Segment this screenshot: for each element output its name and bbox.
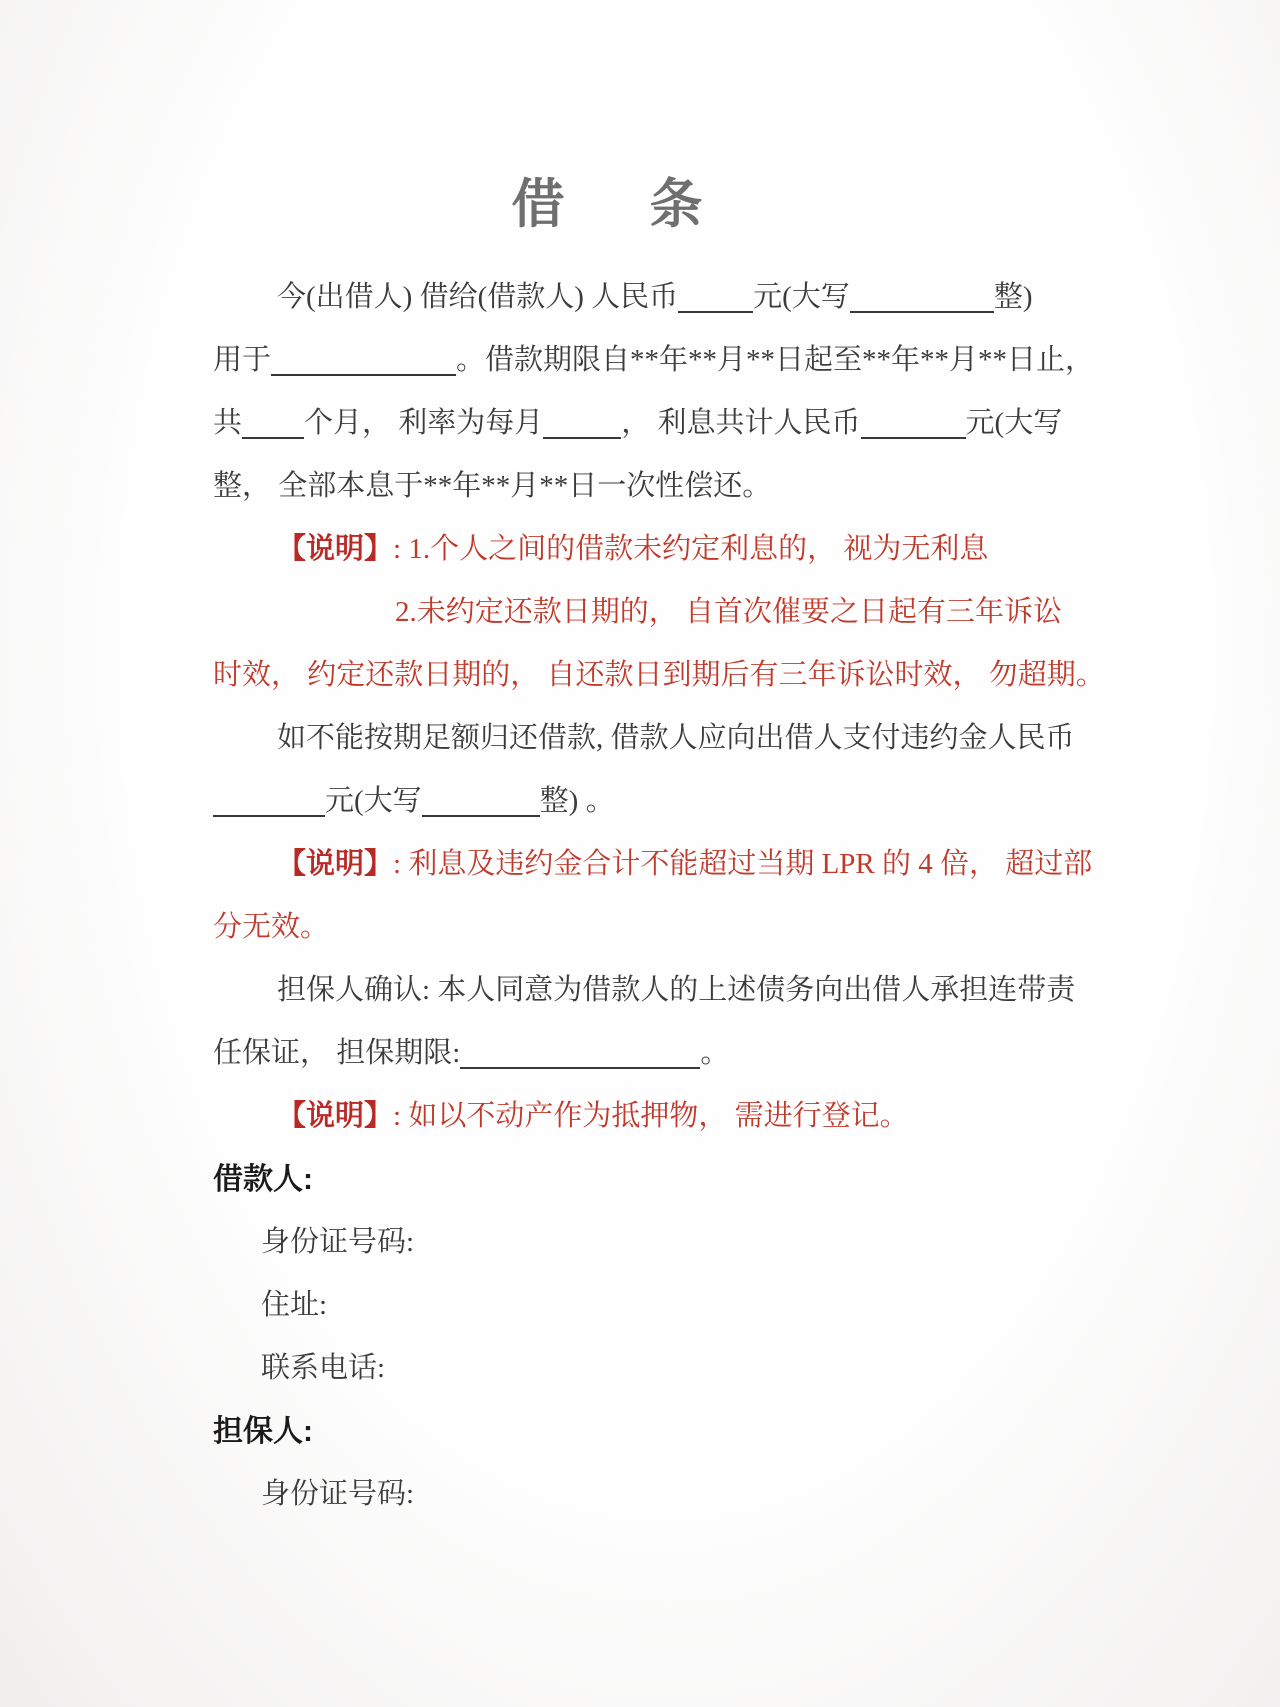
text-segment: 时效， 约定还款日期的， 自还款日到期后有三年诉讼时效， 勿超期。 — [213, 659, 1105, 691]
intro-lender-borrower-line: 今(出借人) 借给(借款人) 人民币元(大写整) — [213, 266, 1073, 329]
borrower-address-line: 住址: — [213, 1274, 1073, 1337]
borrower-label: 借款人: — [213, 1148, 1073, 1211]
text-segment: 身份证号码: — [261, 1226, 414, 1258]
text-segment: 用于 — [213, 344, 271, 376]
note-lpr-cap-cont-line: 分无效。 — [213, 896, 1073, 959]
note-no-interest-line: 【说明】: 1.个人之间的借款未约定利息的， 视为无利息 — [213, 518, 1073, 581]
document-body: 今(出借人) 借给(借款人) 人民币元(大写整)用于。借款期限自**年**月**… — [213, 266, 1073, 1526]
text-segment: 【说明】 — [277, 533, 393, 565]
text-segment: 整) — [994, 281, 1033, 313]
text-segment: 分无效。 — [213, 911, 329, 943]
note-limitation-period-line: 2.未约定还款日期的， 自首次催要之日起有三年诉讼 — [213, 581, 1073, 644]
text-segment: 2.未约定还款日期的， 自首次催要之日起有三年诉讼 — [395, 596, 1062, 628]
text-segment: 个月， 利率为每月 — [304, 407, 543, 439]
purpose-and-term-line: 用于。借款期限自**年**月**日起至**年**月**日止， — [213, 329, 1073, 392]
blank-fill-in-field — [271, 374, 456, 376]
text-segment: 今(出借人) 借给(借款人) 人民币 — [277, 281, 678, 313]
blank-fill-in-field — [422, 815, 540, 817]
text-segment: 整， 全部本息于**年**月**日一次性偿还。 — [213, 470, 771, 502]
text-segment: 共 — [213, 407, 242, 439]
penalty-amount-line: 元(大写整) 。 — [213, 770, 1073, 833]
text-segment: 住址: — [261, 1289, 327, 1321]
text-segment: 任保证， 担保期限: — [213, 1037, 460, 1069]
document-title: 借 条 — [0, 176, 1230, 234]
text-segment: 【说明】 — [277, 848, 393, 880]
guarantor-label: 担保人: — [213, 1400, 1073, 1463]
blank-fill-in-field — [543, 437, 621, 439]
blank-fill-in-field — [678, 311, 753, 313]
text-segment: 元(大写 — [325, 785, 422, 817]
text-segment: 身份证号码: — [261, 1478, 414, 1510]
borrower-id-line: 身份证号码: — [213, 1211, 1073, 1274]
blank-fill-in-field — [242, 437, 304, 439]
note-lpr-cap-line: 【说明】: 利息及违约金合计不能超过当期 LPR 的 4 倍， 超过部 — [213, 833, 1073, 896]
document-photo: { "document": { "title": "借 条", "colors"… — [0, 0, 1280, 1707]
text-segment: 元(大写 — [753, 281, 850, 313]
guarantor-confirmation-line: 担保人确认: 本人同意为借款人的上述债务向出借人承担连带责 — [213, 959, 1073, 1022]
guarantor-id-line: 身份证号码: — [213, 1463, 1073, 1526]
text-segment: 担保人确认: 本人同意为借款人的上述债务向出借人承担连带责 — [277, 974, 1075, 1006]
blank-fill-in-field — [213, 815, 325, 817]
note-limitation-period-cont-line: 时效， 约定还款日期的， 自还款日到期后有三年诉讼时效， 勿超期。 — [213, 644, 1073, 707]
text-segment: 。 — [700, 1037, 729, 1069]
text-segment: 联系电话: — [261, 1352, 385, 1384]
text-segment: 【说明】 — [277, 1100, 393, 1132]
text-segment: 元(大写 — [966, 407, 1063, 439]
text-segment: : 如以不动产作为抵押物， 需进行登记。 — [393, 1100, 909, 1132]
penalty-intro-line: 如不能按期足额归还借款, 借款人应向出借人支付违约金人民币 — [213, 707, 1073, 770]
blank-fill-in-field — [861, 437, 966, 439]
text-segment: 借款人: — [213, 1163, 313, 1196]
text-segment: 。借款期限自**年**月**日起至**年**月**日止， — [456, 344, 1094, 376]
borrower-phone-line: 联系电话: — [213, 1337, 1073, 1400]
text-segment: 担保人: — [213, 1415, 313, 1448]
text-segment: : 1.个人之间的借款未约定利息的， 视为无利息 — [393, 533, 988, 565]
guarantee-period-line: 任保证， 担保期限:。 — [213, 1022, 1073, 1085]
months-rate-interest-line: 共个月， 利率为每月， 利息共计人民币元(大写 — [213, 392, 1073, 455]
blank-fill-in-field — [460, 1067, 700, 1069]
note-mortgage-registration-line: 【说明】: 如以不动产作为抵押物， 需进行登记。 — [213, 1085, 1073, 1148]
lump-sum-repayment-line: 整， 全部本息于**年**月**日一次性偿还。 — [213, 455, 1073, 518]
text-segment: 整) 。 — [540, 785, 615, 817]
text-segment: 如不能按期足额归还借款, 借款人应向出借人支付违约金人民币 — [277, 722, 1075, 754]
text-segment: : 利息及违约金合计不能超过当期 LPR 的 4 倍， 超过部 — [393, 848, 1092, 880]
blank-fill-in-field — [850, 311, 994, 313]
text-segment: ， 利息共计人民币 — [621, 407, 860, 439]
